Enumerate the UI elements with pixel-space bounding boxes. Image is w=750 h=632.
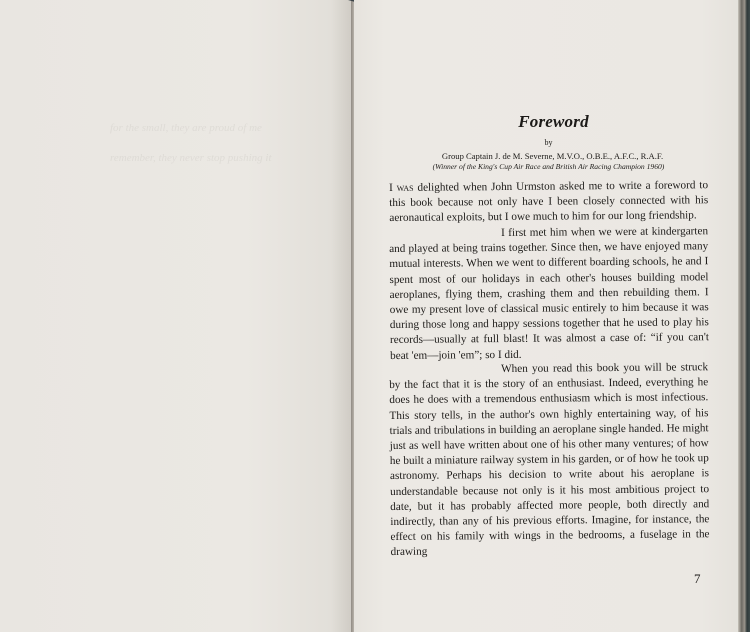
- author-credit: Group Captain J. de M. Severne, M.V.O., …: [389, 151, 708, 161]
- paragraph-lead: I was: [389, 182, 414, 194]
- page-number: 7: [694, 571, 701, 587]
- show-through-text: for the small, they are proud of me: [110, 122, 310, 134]
- page-edge: [738, 0, 750, 632]
- left-page: for the small, they are proud of me reme…: [0, 0, 352, 632]
- paragraph-3: When you read this book you will be stru…: [389, 361, 710, 561]
- open-book-spread: for the small, they are proud of me reme…: [0, 0, 750, 632]
- paragraph-1: I was delighted when John Urmston asked …: [389, 178, 708, 226]
- page-title: Foreword: [389, 112, 708, 132]
- paragraph-body: delighted when John Urmston asked me to …: [389, 179, 708, 224]
- byline-by: by: [389, 138, 708, 147]
- show-through-text: remember, they never stop pushing it: [110, 152, 310, 164]
- author-achievement: (Winner of the King's Cup Air Race and B…: [389, 162, 708, 171]
- paragraph-2: I first met him when we were at kinderga…: [389, 224, 709, 364]
- foreword-text-block: Foreword by Group Captain J. de M. Sever…: [389, 112, 708, 561]
